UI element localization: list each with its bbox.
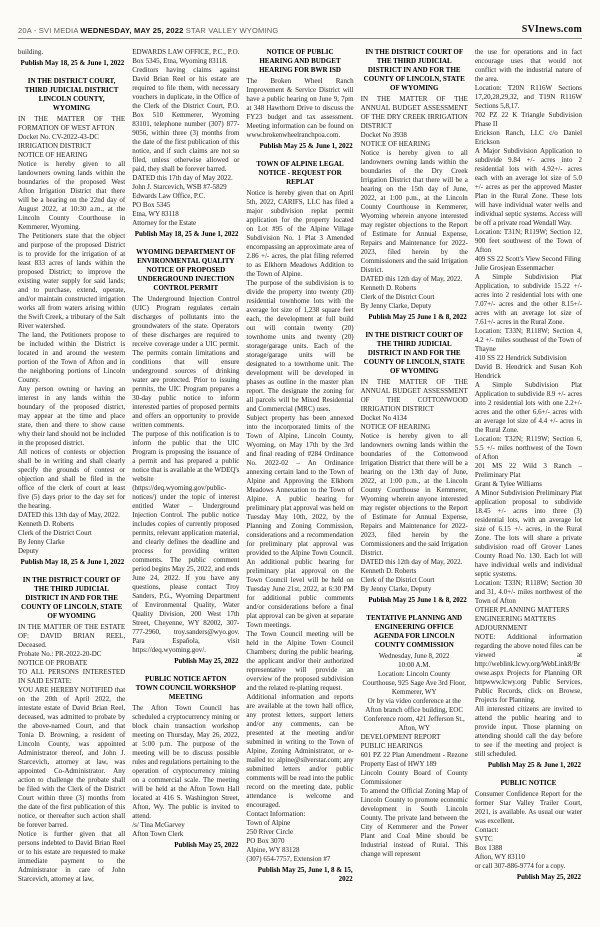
body-paragraph: David B. Hendrick and Susan Koh Hendrick bbox=[475, 363, 582, 381]
body-paragraph: The land, the Petitioners propose to be … bbox=[18, 331, 125, 385]
body-paragraph: IN THE MATTER OF THE ANNUAL BUDGET ASSES… bbox=[361, 95, 468, 131]
body-paragraph: Subject property has been annexed into t… bbox=[246, 414, 353, 630]
body-paragraph: Kenneth D. Roberts bbox=[361, 284, 468, 293]
body-paragraph: DATED this 12th day of May, 2022. bbox=[361, 275, 468, 284]
body-paragraph: SVTC bbox=[475, 835, 582, 844]
page-number-label: 20A - SVI MEDIA bbox=[18, 26, 80, 35]
body-paragraph: Box 1388 bbox=[475, 844, 582, 853]
newspaper-page: 20A - SVI MEDIA WEDNESDAY, MAY 25, 2022 … bbox=[0, 0, 600, 927]
body-paragraph: PUBLIC HEARINGS bbox=[361, 742, 468, 751]
publish-date: Publish May 18, 25 & June 1, 2022 bbox=[132, 230, 238, 239]
legal-notices-columns: building.Publish May 18, 25 & June 1, 20… bbox=[18, 39, 582, 927]
body-paragraph: NOTICE OF HEARING bbox=[361, 140, 468, 149]
body-paragraph: Lincoln County Board of County Commissio… bbox=[361, 769, 468, 787]
body-paragraph: 601 PZ 22 Plan Amendment - Rezone Proper… bbox=[361, 751, 468, 769]
body-paragraph: NOTE: Additional information regarding t… bbox=[475, 633, 582, 705]
body-paragraph: Consumer Confidence Report for the forme… bbox=[475, 790, 582, 826]
website-label: SVInews.com bbox=[522, 24, 582, 35]
body-paragraph: IN THE MATTER OF THE ANNUAL BUDGET ASSES… bbox=[361, 378, 468, 414]
body-paragraph: Additional information and reports are a… bbox=[246, 693, 353, 810]
body-paragraph: Notice is further given that all persons… bbox=[18, 830, 125, 884]
publish-date: Publish May 25 June 1 & 8, 2022 bbox=[361, 596, 467, 605]
body-paragraph: (307) 654-7757, Extension #7 bbox=[246, 855, 353, 864]
publish-date: Publish May 25, 2022 bbox=[132, 657, 238, 666]
publish-date: Publish May 18, 25 & June 1, 2022 bbox=[18, 558, 124, 567]
body-paragraph: TO ALL PERSONS INTERESTED IN SAID ESTATE… bbox=[18, 668, 125, 686]
notice-heading: TOWN OF ALPINE LEGAL NOTICE - REQUEST FO… bbox=[249, 160, 350, 187]
body-paragraph: Kenneth D. Roberts bbox=[18, 520, 125, 529]
body-paragraph: 250 River Circle bbox=[246, 828, 353, 837]
body-paragraph: A Simple Subdivision Plat Application, t… bbox=[475, 273, 582, 327]
body-paragraph: Julie Grosjean Essenmacher bbox=[475, 264, 582, 273]
masthead: 20A - SVI MEDIA WEDNESDAY, MAY 25, 2022 … bbox=[18, 24, 582, 39]
body-paragraph: Attorney for the Estate bbox=[132, 219, 239, 228]
publish-date: Publish May 25 June 1 & 8, 2022 bbox=[361, 313, 467, 322]
publish-date: Publish May 25 & June 1, 2022 bbox=[246, 142, 352, 151]
body-paragraph: IN THE MATTER OF THE ESTATE OF: DAVID BR… bbox=[18, 623, 125, 650]
body-paragraph: Erickson Ranch, LLC c/o Daniel Erickson bbox=[475, 129, 582, 147]
publish-date: Publish May 25, 2022 bbox=[475, 873, 581, 882]
body-paragraph: Afton Town Clerk bbox=[132, 830, 239, 839]
body-paragraph: Contact Information: bbox=[246, 810, 353, 819]
body-paragraph: Probate No.: PR-2022-20-DC bbox=[18, 650, 125, 659]
body-paragraph: The purpose of the subdivision is to div… bbox=[246, 279, 353, 414]
body-paragraph: or call 307-886-9774 for a copy. bbox=[475, 862, 582, 871]
body-paragraph: Edwards Law Office, P.C. bbox=[132, 192, 239, 201]
body-paragraph: YOU ARE HEREBY NOTIFIED that on the 20th… bbox=[18, 686, 125, 830]
notice-heading: PUBLIC NOTICE AFTON TOWN COUNCIL WORKSHO… bbox=[135, 675, 236, 702]
body-paragraph: All notices of contests or objection sha… bbox=[18, 448, 125, 511]
body-paragraph: John J. Starcevich, WSB #7-5829 bbox=[132, 183, 239, 192]
notice-heading: TENTATIVE PLANNING AND ENGINEERING OFFIC… bbox=[364, 614, 465, 650]
body-paragraph: 410 SS 22 Hendrick Subdivision bbox=[475, 354, 582, 363]
body-paragraph: Location: T31N; R119W; Section 12, 900 f… bbox=[475, 228, 582, 255]
body-paragraph: ENGINEERING MATTERS bbox=[475, 615, 582, 624]
body-paragraph: Docket No 4134 bbox=[361, 414, 468, 423]
body-paragraph: A Major Subdivision Application to subdi… bbox=[475, 147, 582, 228]
body-paragraph: PO Box 3070 bbox=[246, 837, 353, 846]
body-paragraph: A Minor Subdivision Preliminary Plat app… bbox=[475, 489, 582, 579]
body-paragraph: Town of Alpine bbox=[246, 819, 353, 828]
body-paragraph: Deputy bbox=[18, 547, 125, 556]
notice-heading: NOTICE OF PUBLIC HEARING AND BUDGET HEAR… bbox=[249, 48, 350, 75]
body-paragraph: building. bbox=[18, 48, 125, 57]
body-paragraph: Any person owning or having an interest … bbox=[18, 385, 125, 448]
body-paragraph: Location: T33N; R118W; Section 4, 4.2 +/… bbox=[475, 327, 582, 354]
body-paragraph: Docket No 3938 bbox=[361, 131, 468, 140]
body-paragraph: IRRIGATION DISTRICT bbox=[18, 142, 125, 151]
body-paragraph: A Simple Subdivision Plat Application to… bbox=[475, 381, 582, 435]
body-paragraph: Clerk of the District Court bbox=[361, 576, 468, 585]
body-paragraph: Docket No. CV-2022-43-DC bbox=[18, 133, 125, 142]
notice-heading: IN THE DISTRICT COURT, THIRD JUDICIAL DI… bbox=[21, 77, 122, 113]
centered-line: Wednesday, June 8, 2022 bbox=[361, 652, 468, 661]
centered-line: Or by via video conference at the Afton … bbox=[361, 697, 468, 733]
body-paragraph: EDWARDS LAW OFFICE, P.C., P.O. Box 5345,… bbox=[132, 48, 239, 66]
body-paragraph: By Jenny Clarke bbox=[18, 538, 125, 547]
body-paragraph: Notice is hereby given that on April 5th… bbox=[246, 189, 353, 279]
body-paragraph: The Petitioners state that the object an… bbox=[18, 232, 125, 331]
body-paragraph: Grant & Tylee Williams bbox=[475, 480, 582, 489]
column-5: the use for operations and in fact encou… bbox=[475, 48, 582, 927]
body-paragraph: By Jenny Clarke, Deputy bbox=[361, 302, 468, 311]
body-paragraph: Clerk of the District Court bbox=[18, 529, 125, 538]
body-paragraph: NOTICE OF HEARING bbox=[18, 151, 125, 160]
body-paragraph: DATED this 17th day of May 2022. bbox=[132, 174, 239, 183]
body-paragraph: To amend the Official Zoning Map of Linc… bbox=[361, 787, 468, 859]
body-paragraph: Location: T32N; R119W; Section 6, 5.5 +/… bbox=[475, 435, 582, 462]
masthead-left: 20A - SVI MEDIA WEDNESDAY, MAY 25, 2022 … bbox=[18, 26, 278, 35]
notice-heading: PUBLIC NOTICE bbox=[478, 779, 579, 788]
body-paragraph: Notice is hereby given to all landowners… bbox=[18, 160, 125, 232]
centered-line: 10:00 A.M. bbox=[361, 661, 468, 670]
body-paragraph: Contact: bbox=[475, 826, 582, 835]
body-paragraph: Afton, WY 83110 bbox=[475, 853, 582, 862]
notice-heading: IN THE DISTRICT COURT OF THE THIRD JUDIC… bbox=[364, 48, 465, 93]
notice-heading: IN THE DISTRICT COURT OF THE THIRD JUDIC… bbox=[364, 331, 465, 376]
body-paragraph: OTHER PLANNING MATTERS bbox=[475, 606, 582, 615]
publication-name: STAR VALLEY WYOMING bbox=[184, 26, 279, 35]
publish-date: Publish May 25, 2022 bbox=[132, 841, 238, 850]
publish-date: Publish May 25 & June 1, 2022 bbox=[475, 761, 581, 770]
body-paragraph: The Underground Injection Control (UIC) … bbox=[132, 295, 239, 430]
body-paragraph: 702 PZ 22 K Triangle Subdivision Phase I… bbox=[475, 111, 582, 129]
notice-heading: IN THE DISTRICT COURT OF THE THIRD JUDIC… bbox=[21, 576, 122, 621]
body-paragraph: DATED this 12th day of May, 2022. bbox=[361, 558, 468, 567]
column-3: NOTICE OF PUBLIC HEARING AND BUDGET HEAR… bbox=[246, 48, 353, 927]
issue-date: WEDNESDAY, MAY 25, 2022 bbox=[80, 26, 183, 35]
body-paragraph: IN THE MATTER OF THE FORMATION OF WEST A… bbox=[18, 115, 125, 133]
body-paragraph: ADJOURNMENT bbox=[475, 624, 582, 633]
body-paragraph: Etna, WY 83118 bbox=[132, 210, 239, 219]
body-paragraph: NOTICE OF HEARING bbox=[361, 423, 468, 432]
body-paragraph: DATED this 13th day of May, 2022. bbox=[18, 511, 125, 520]
body-paragraph: Alpine, WY 83128 bbox=[246, 846, 353, 855]
body-paragraph: the use for operations and in fact encou… bbox=[475, 48, 582, 84]
body-paragraph: 409 SS 22 Scott's View Second Filing bbox=[475, 255, 582, 264]
body-paragraph: /s/ Tina McGarvey bbox=[132, 821, 239, 830]
publish-date: Publish May 18, 25 & June 1, 2022 bbox=[18, 59, 124, 68]
body-paragraph: Clerk of the District Court bbox=[361, 293, 468, 302]
body-paragraph: Notice is hereby given to all landowners… bbox=[361, 432, 468, 558]
body-paragraph: Creditors having claims against David Br… bbox=[132, 66, 239, 174]
body-paragraph: Location: T33N; R118W; Section 30 and 31… bbox=[475, 579, 582, 606]
body-paragraph: The Afton Town Council has scheduled a c… bbox=[132, 704, 239, 821]
column-2: EDWARDS LAW OFFICE, P.C., P.O. Box 5345,… bbox=[132, 48, 239, 927]
body-paragraph: The Broken Wheel Ranch Improvement & Ser… bbox=[246, 77, 353, 140]
body-paragraph: DEVELOPMENT REPORT bbox=[361, 733, 468, 742]
body-paragraph: PO Box 5345 bbox=[132, 201, 239, 210]
body-paragraph: Location: T20N R116W Sections 17,20,28,2… bbox=[475, 84, 582, 111]
column-1: building.Publish May 18, 25 & June 1, 20… bbox=[18, 48, 125, 927]
body-paragraph: NOTICE OF PROBATE bbox=[18, 659, 125, 668]
body-paragraph: The Town Council meeting will be held in… bbox=[246, 630, 353, 693]
centered-line: Location: Lincoln County Courthouse, 925… bbox=[361, 670, 468, 697]
body-paragraph: 201 MS 22 Wild 3 Ranch – Preliminary Pla… bbox=[475, 462, 582, 480]
body-paragraph: Notice is hereby given to all landowners… bbox=[361, 149, 468, 275]
notice-heading: WYOMING DEPARTMENT OF ENVIRONMENTAL QUAL… bbox=[135, 248, 236, 293]
body-paragraph: The purpose of this notification is to i… bbox=[132, 430, 239, 655]
body-paragraph: Kenneth D. Roberts bbox=[361, 567, 468, 576]
column-4: IN THE DISTRICT COURT OF THE THIRD JUDIC… bbox=[361, 48, 468, 927]
body-paragraph: All interested citizens are invited to a… bbox=[475, 705, 582, 759]
body-paragraph: By Jenny Clarke, Deputy bbox=[361, 585, 468, 594]
publish-date: Publish May 25, June 1, 8 & 15, 2022 bbox=[246, 866, 352, 884]
